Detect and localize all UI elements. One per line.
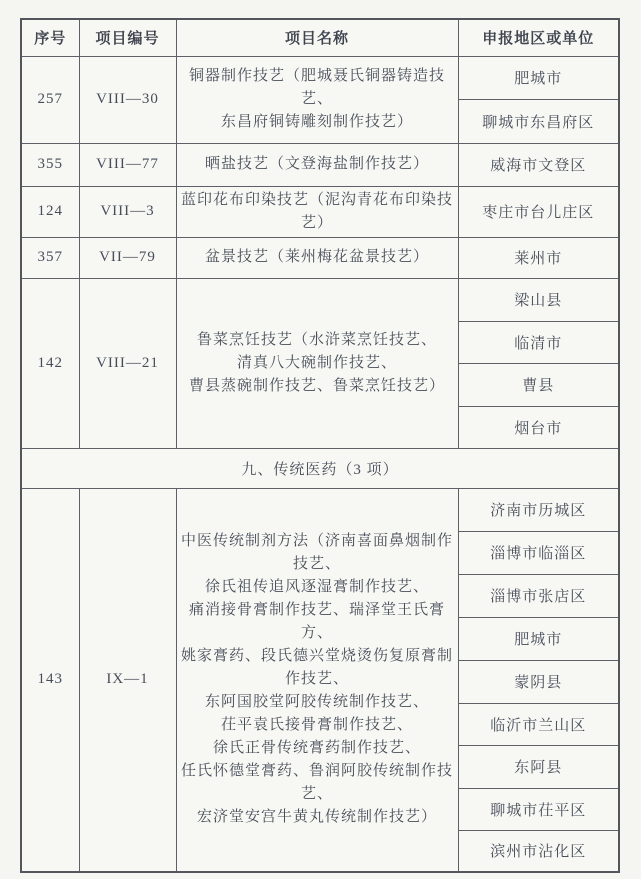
cell-unit: 烟台市 [458,406,619,448]
cell-name: 中医传统制剂方法（济南喜面鼻烟制作技艺、 徐氏祖传追风逐湿膏制作技艺、 痛消接骨… [176,488,458,872]
table-header-row: 序号 项目编号 项目名称 申报地区或单位 [21,19,619,56]
cell-unit: 曹县 [458,363,619,406]
cell-code: IX—1 [79,488,176,872]
cell-name: 铜器制作技艺（肥城聂氏铜器铸造技艺、 东昌府铜铸雕刻制作技艺） [176,56,458,143]
cell-unit: 临沂市兰山区 [458,703,619,745]
cell-unit: 济南市历城区 [458,488,619,531]
column-header-name: 项目名称 [176,19,458,56]
cell-unit: 临清市 [458,321,619,363]
cell-unit: 枣庄市台儿庄区 [458,186,619,237]
table-row: 124 VIII—3 蓝印花布印染技艺（泥沟青花布印染技艺） 枣庄市台儿庄区 [21,186,619,237]
cell-no: 357 [21,237,79,278]
cell-unit: 威海市文登区 [458,143,619,186]
section-row: 九、传统医药（3 项） [21,448,619,488]
section-title: 九、传统医药（3 项） [21,448,619,488]
table-row: 355 VIII—77 晒盐技艺（文登海盐制作技艺） 威海市文登区 [21,143,619,186]
cell-name: 盆景技艺（莱州梅花盆景技艺） [176,237,458,278]
cell-no: 124 [21,186,79,237]
cell-no: 257 [21,56,79,143]
cell-code: VIII—3 [79,186,176,237]
cell-unit: 肥城市 [458,56,619,99]
cell-unit: 聊城市东昌府区 [458,99,619,143]
cell-code: VIII—77 [79,143,176,186]
cell-unit: 蒙阴县 [458,660,619,703]
cell-unit: 东阿县 [458,745,619,788]
cell-unit: 淄博市临淄区 [458,531,619,574]
table-row: 143 IX—1 中医传统制剂方法（济南喜面鼻烟制作技艺、 徐氏祖传追风逐湿膏制… [21,488,619,531]
cell-code: VIII—21 [79,278,176,448]
column-header-code: 项目编号 [79,19,176,56]
column-header-unit: 申报地区或单位 [458,19,619,56]
document-sheet: 序号 项目编号 项目名称 申报地区或单位 257 VIII—30 铜器制作技艺（… [20,18,620,873]
heritage-table: 序号 项目编号 项目名称 申报地区或单位 257 VIII—30 铜器制作技艺（… [20,18,620,873]
column-header-no: 序号 [21,19,79,56]
cell-no: 143 [21,488,79,872]
cell-unit: 肥城市 [458,617,619,660]
cell-code: VII—79 [79,237,176,278]
cell-unit: 莱州市 [458,237,619,278]
table-row: 257 VIII—30 铜器制作技艺（肥城聂氏铜器铸造技艺、 东昌府铜铸雕刻制作… [21,56,619,99]
cell-unit: 梁山县 [458,278,619,321]
cell-unit: 滨州市沾化区 [458,830,619,872]
cell-no: 142 [21,278,79,448]
cell-name: 鲁菜烹饪技艺（水浒菜烹饪技艺、 清真八大碗制作技艺、 曹县蒸碗制作技艺、鲁菜烹饪… [176,278,458,448]
cell-unit: 聊城市茌平区 [458,788,619,830]
cell-no: 355 [21,143,79,186]
table-row: 357 VII—79 盆景技艺（莱州梅花盆景技艺） 莱州市 [21,237,619,278]
cell-name: 晒盐技艺（文登海盐制作技艺） [176,143,458,186]
table-row: 142 VIII—21 鲁菜烹饪技艺（水浒菜烹饪技艺、 清真八大碗制作技艺、 曹… [21,278,619,321]
cell-unit: 淄博市张店区 [458,574,619,617]
cell-name: 蓝印花布印染技艺（泥沟青花布印染技艺） [176,186,458,237]
cell-code: VIII—30 [79,56,176,143]
